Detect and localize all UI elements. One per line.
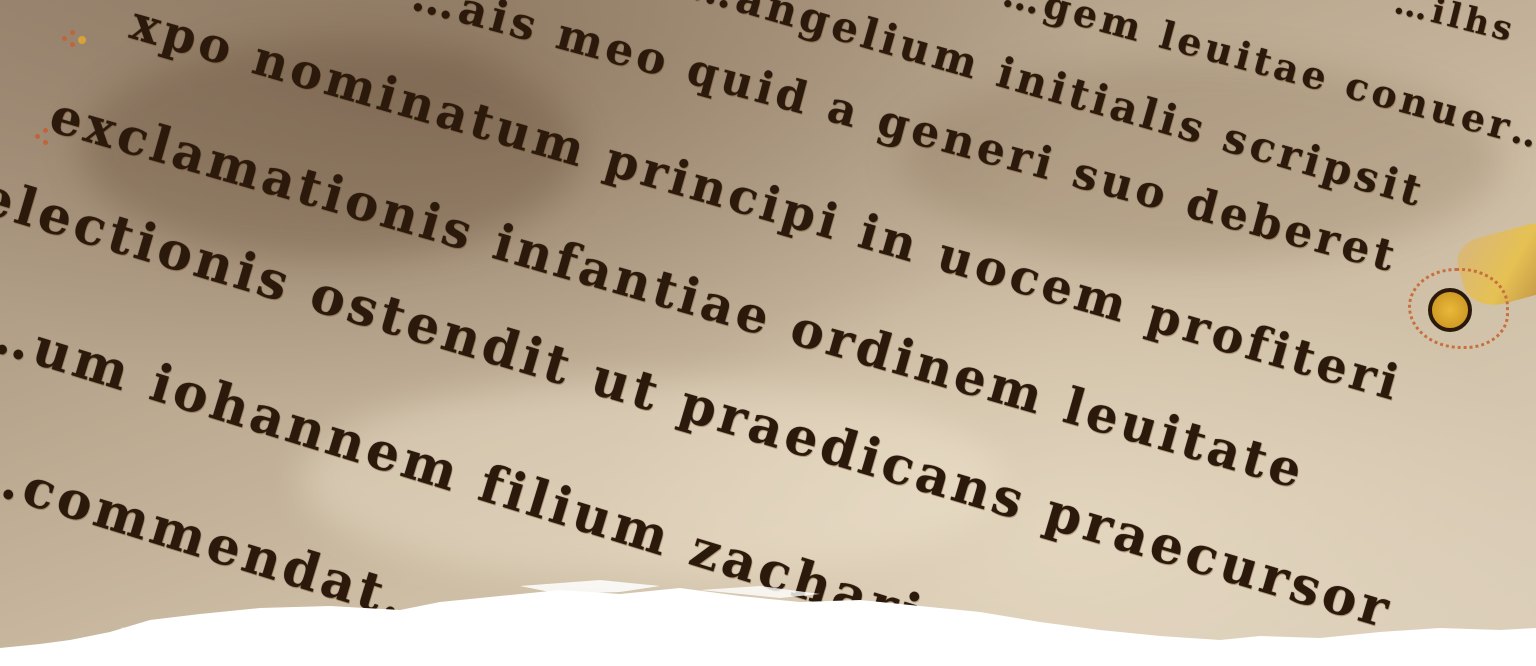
initial-gold-infill	[1428, 288, 1472, 332]
manuscript-line-right-1: …ilhs	[1390, 0, 1520, 51]
torn-paper-edge	[0, 536, 1536, 666]
